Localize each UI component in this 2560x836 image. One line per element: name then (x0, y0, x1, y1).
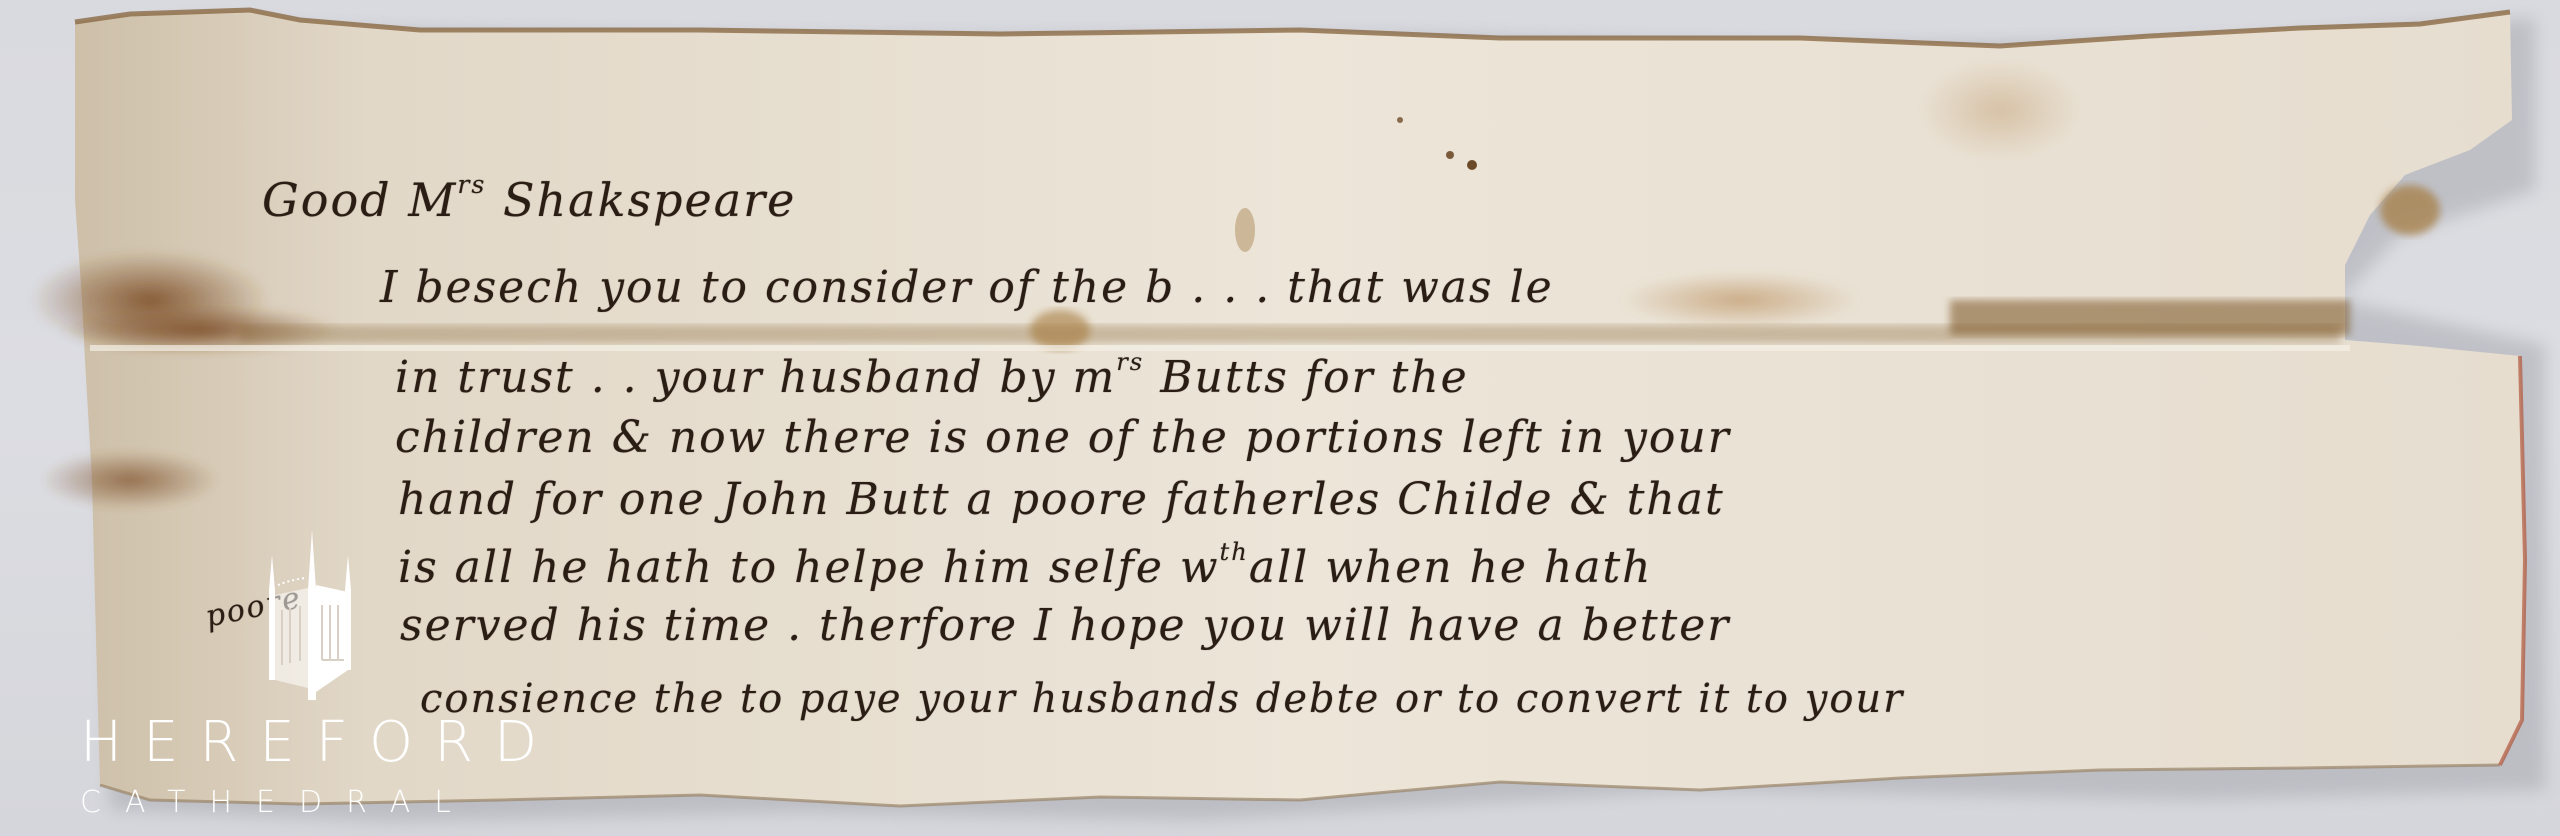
letter-line-2: in trust . . your husband by mrs Butts f… (395, 348, 1469, 403)
letter-line-5-superscript: th (1220, 538, 1249, 566)
letter-line-5-tail: all when he hath (1249, 542, 1653, 593)
letter-line-1: I besech you to consider of the b . . . … (380, 262, 1554, 313)
salutation: Good Mrs Shakspeare (262, 170, 796, 227)
letter-line-5: is all he hath to helpe him selfe wthall… (398, 538, 1653, 593)
letter-line-2-tail: Butts for the (1144, 352, 1468, 403)
salutation-superscript: rs (457, 170, 486, 199)
letter-line-2-superscript: rs (1116, 348, 1144, 376)
photo-scene: Good Mrs Shakspeare I besech you to cons… (0, 0, 2560, 836)
salutation-name: Shakspeare (486, 173, 796, 227)
salutation-good-mrs: Good M (262, 173, 457, 227)
letter-line-4: hand for one John Butt a poore fatherles… (398, 474, 1725, 525)
logo-subtitle: CATHEDRAL (80, 788, 475, 818)
letter-line-3: children & now there is one of the porti… (395, 412, 1731, 463)
cathedral-tower-icon (260, 530, 360, 700)
hereford-cathedral-logo: HEREFORD CATHEDRAL (80, 530, 580, 830)
letter-line-7: consience the to paye your husbands debt… (420, 676, 1904, 722)
logo-title: HEREFORD (80, 715, 558, 771)
letter-line-2-text: in trust . . your husband by m (395, 352, 1116, 403)
letter-line-6: served his time . therfore I hope you wi… (400, 600, 1730, 651)
